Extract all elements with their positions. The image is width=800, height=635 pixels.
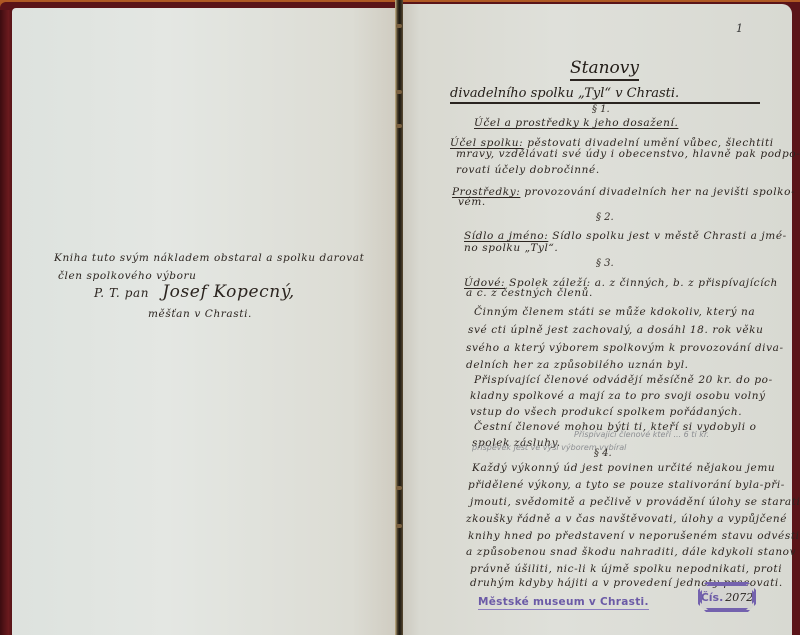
- section-3-line-3: Činným členem státi se může kdokoliv, kt…: [474, 306, 755, 318]
- section-1-heading: Účel a prostředky k jeho dosažení.: [474, 117, 678, 129]
- section-mark-4: § 4.: [594, 448, 612, 459]
- binding-stitch: [396, 90, 402, 94]
- section-4-line-5: knihy hned po představení v neporušeném …: [468, 530, 800, 542]
- inventory-label: Čís.: [701, 591, 724, 604]
- section-1-line-3: rovati účely dobročinné.: [456, 164, 600, 176]
- section-mark-2: § 2.: [596, 212, 614, 223]
- section-2-line-2: no spolku „Tyl“.: [464, 242, 558, 254]
- section-4-line-4: zkoušky řádně a v čas navštěvovati, úloh…: [466, 513, 787, 525]
- section-4-line-2: přidělené výkony, a tyto se pouze staliv…: [468, 479, 785, 491]
- inventory-number-stamp: Čís. 2072: [698, 582, 756, 612]
- section-3-line-2: a c. z čestných členů.: [466, 287, 593, 299]
- dedication-line-4: měšťan v Chrasti.: [148, 308, 252, 320]
- binding-stitch: [396, 486, 402, 490]
- document-subtitle: divadelního spolku „Tyl“ v Chrasti.: [450, 86, 760, 104]
- page-number: 1: [736, 22, 743, 35]
- section-4-line-1: Každý výkonný úd jest povinen určité něj…: [472, 462, 775, 474]
- section-3-line-5: svého a který výborem spolkovým k provoz…: [466, 342, 784, 354]
- inventory-number: 2072: [725, 591, 753, 604]
- term-label: Sídlo a jméno:: [464, 230, 548, 242]
- section-3-line-7: Přispívající členové odvádějí měsíčně 20…: [474, 374, 773, 386]
- document-title: Stanovy: [570, 58, 639, 81]
- section-mark-3: § 3.: [596, 258, 614, 269]
- binding-stitch: [396, 24, 402, 28]
- section-1-line-5: vém.: [458, 196, 486, 208]
- binding-stitch: [396, 524, 402, 528]
- section-mark-1: § 1.: [592, 104, 610, 115]
- section-1-line-4: Prostředky: provozování divadelních her …: [452, 180, 795, 199]
- dedication-title-prefix: P. T. pan: [94, 286, 149, 300]
- section-3-line-6: delních her za způsobilého uznán byl.: [466, 359, 689, 371]
- section-4-line-3: jmouti, svědomitě a pečlivě v provádění …: [470, 496, 800, 508]
- section-1-line-2: mravy, vzdělávati své údy i obecenstvo, …: [456, 148, 800, 160]
- section-2-line-1: Sídlo a jméno: Sídlo spolku jest v městě…: [464, 224, 787, 243]
- left-page: [12, 8, 398, 635]
- section-3-line-8: kladny spolkové a mají za to pro svoji o…: [470, 390, 766, 402]
- line-text: provozování divadelních her na jevišti s…: [520, 186, 795, 198]
- section-3-line-4: své cti úplně jest zachovalý, a dosáhl 1…: [468, 324, 763, 336]
- binding-stitch: [396, 124, 402, 128]
- museum-stamp: Městské museum v Chrasti.: [478, 596, 649, 610]
- section-4-line-6: a způsobenou snad škodu nahraditi, dále …: [466, 546, 796, 558]
- line-text: Sídlo spolku jest v městě Chrasti a jmé-: [548, 230, 786, 242]
- section-4-line-7: právně úšiliti, nic-li k újmě spolku nep…: [470, 563, 782, 575]
- section-3-line-9: vstup do všech produkcí spolkem pořádaný…: [470, 406, 742, 418]
- book-spine-gutter: [395, 0, 403, 635]
- dedication-line-1: Kniha tuto svým nákladem obstaral a spol…: [54, 252, 364, 264]
- donor-name: Josef Kopecný,: [162, 282, 295, 302]
- dedication-donor: P. T. pan Josef Kopecný,: [94, 282, 295, 302]
- dedication-line-2: člen spolkového výboru: [58, 270, 196, 282]
- pencil-annotation-line-1: Přispívající členové kteří ... 6 ti kr.: [574, 430, 709, 439]
